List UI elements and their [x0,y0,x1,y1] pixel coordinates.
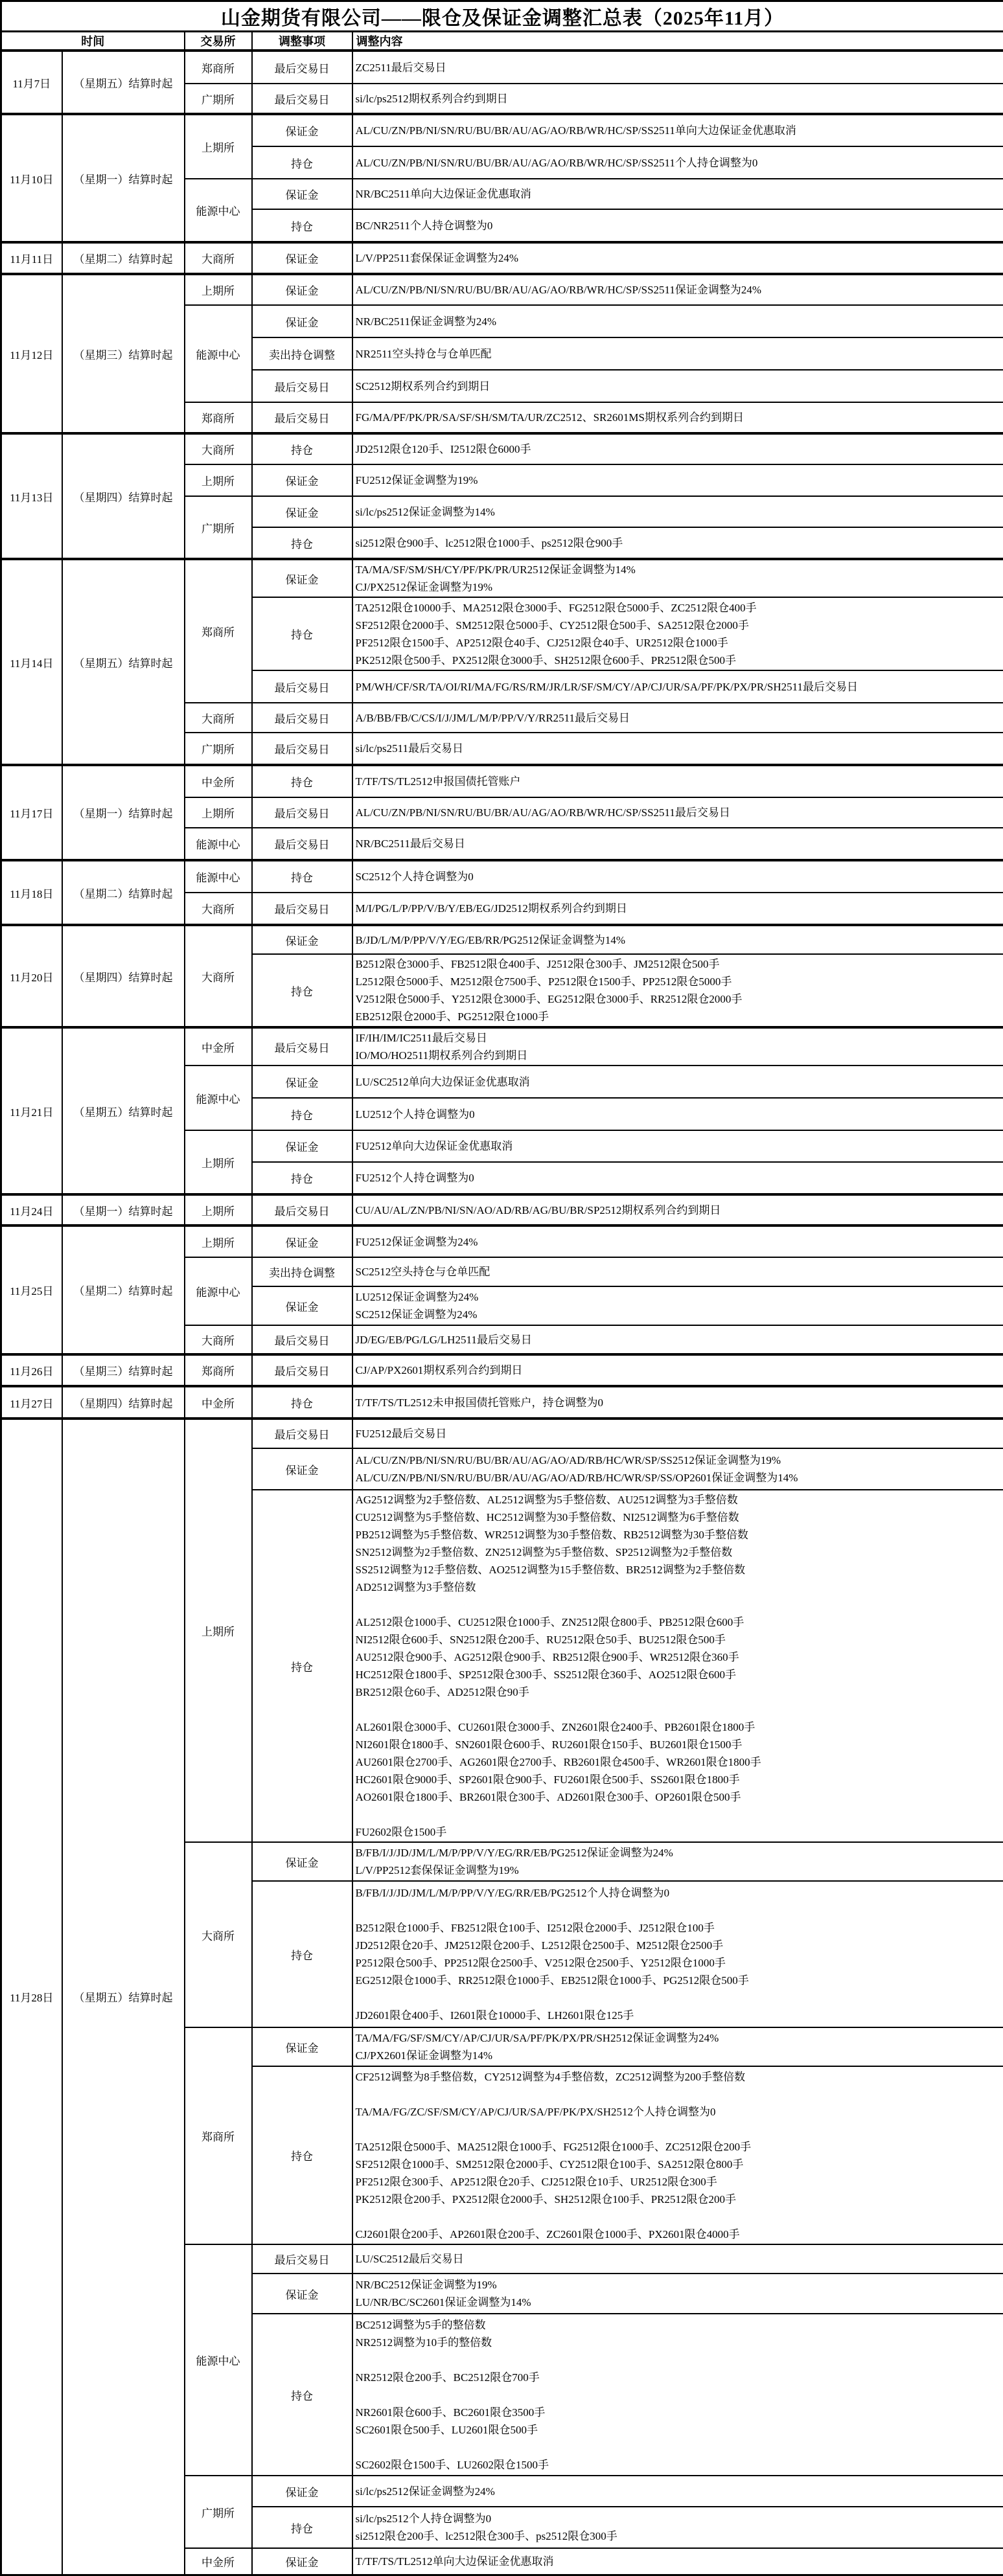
item-cell: 持仓 [252,765,352,797]
table-row: 11月27日（星期四）结算时起中金所持仓T/TF/TS/TL2512未申报国债托… [1,1386,1003,1419]
content-cell: SC2512期权系列合约到期日 [352,370,1003,402]
content-line: SS2512调整为12手整倍数、AO2512调整为15手整倍数、BR2512调整… [356,1561,1001,1579]
content-line: NR/BC2511最后交易日 [356,835,1001,852]
exchange-cell: 上期所 [185,1419,252,1842]
item-cell: 最后交易日 [252,402,352,433]
content-line: T/TF/TS/TL2512未申报国债托管账户，持仓调整为0 [356,1394,1001,1411]
date-cell: 11月7日 [1,51,62,114]
content-line: JD2601限仓400手、I2601限仓10000手、LH2601限仓125手 [356,2007,1001,2024]
exchange-cell: 广期所 [185,496,252,559]
item-cell: 持仓 [252,1386,352,1419]
content-line: si/lc/ps2511最后交易日 [356,740,1001,757]
content-line: L2512限仓5000手、M2512限仓7500手、P2512限仓1500手、P… [356,973,1001,990]
exchange-cell: 大商所 [185,242,252,274]
date-cell: 11月11日 [1,242,62,274]
content-line: AL/CU/ZN/PB/NI/SN/RU/BU/BR/AU/AG/AO/RB/W… [356,122,1001,139]
content-line: TA/MA/SF/SM/SH/CY/PF/PK/PR/UR2512保证金调整为1… [356,561,1001,578]
content-line [356,2121,1001,2138]
content-cell: si/lc/ps2512保证金调整为24% [352,2476,1003,2507]
item-cell: 持仓 [252,1881,352,2027]
weekday-cell: （星期二）结算时起 [62,860,185,925]
item-cell: 保证金 [252,2027,352,2066]
item-cell: 保证金 [252,2274,352,2314]
content-line: NR/BC2511单向大边保证金优惠取消 [356,185,1001,203]
content-line: SN2512调整为2手整倍数、ZN2512调整为5手整倍数、SP2512调整为2… [356,1544,1001,1561]
content-cell: B/FB/I/J/JD/JM/L/M/P/PP/V/Y/EG/RR/EB/PG2… [352,1842,1003,1881]
content-line: FU2512保证金调整为24% [356,1233,1001,1251]
content-line: si/lc/ps2512保证金调整为24% [356,2483,1001,2500]
content-cell: IF/IH/IM/IC2511最后交易日IO/MO/HO2511期权系列合约到期… [352,1027,1003,1066]
content-line: HC2512限仓1800手、SP2512限仓300手、SS2512限仓360手、… [356,1666,1001,1683]
exchange-cell: 能源中心 [185,305,252,402]
item-cell: 最后交易日 [252,84,352,114]
exchange-cell: 郑商所 [185,1354,252,1386]
exchange-cell: 郑商所 [185,2027,252,2244]
item-cell: 持仓 [252,146,352,179]
content-cell: AL/CU/ZN/PB/NI/SN/RU/BU/BR/AU/AG/AO/RB/W… [352,274,1003,305]
item-cell: 保证金 [252,2476,352,2507]
content-cell: FU2512最后交易日 [352,1419,1003,1448]
content-line: si/lc/ps2512保证金调整为14% [356,503,1001,521]
content-line [356,2086,1001,2103]
content-line: PF2512限仓1500手、AP2512限仓40手、CJ2512限仓40手、UR… [356,634,1001,652]
content-cell: LU2512保证金调整为24%SC2512保证金调整为24% [352,1286,1003,1325]
exchange-cell: 能源中心 [185,179,252,242]
content-line: TA2512限仓5000手、MA2512限仓1000手、FG2512限仓1000… [356,2138,1001,2156]
table-row: 11月18日（星期二）结算时起能源中心持仓SC2512个人持仓调整为0 [1,860,1003,893]
content-line: AL/CU/ZN/PB/NI/SN/RU/BU/BR/AU/AG/AO/AD/R… [356,1452,1001,1469]
item-cell: 保证金 [252,1225,352,1257]
date-cell: 11月17日 [1,765,62,860]
content-cell: T/TF/TS/TL2512单向大边保证金优惠取消 [352,2548,1003,2575]
exchange-cell: 中金所 [185,765,252,797]
content-line: IO/MO/HO2511期权系列合约到期日 [356,1047,1001,1064]
content-line: CU2512调整为5手整倍数、HC2512调整为30手整倍数、NI2512调整为… [356,1509,1001,1526]
content-cell: CU/AU/AL/ZN/PB/NI/SN/AO/AD/RB/AG/BU/BR/S… [352,1194,1003,1225]
content-cell: NR/BC2511保证金调整为24% [352,305,1003,337]
exchange-cell: 中金所 [185,1386,252,1419]
exchange-cell: 大商所 [185,893,252,925]
exchange-cell: 能源中心 [185,1066,252,1130]
item-cell: 持仓 [252,2066,352,2244]
item-cell: 保证金 [252,242,352,274]
weekday-cell: （星期五）结算时起 [62,559,185,765]
content-cell: LU/SC2512单向大边保证金优惠取消 [352,1066,1003,1098]
weekday-cell: （星期四）结算时起 [62,433,185,559]
content-line: NR/BC2512保证金调整为19% [356,2276,1001,2294]
content-cell: AL/CU/ZN/PB/NI/SN/RU/BU/BR/AU/AG/AO/RB/W… [352,114,1003,146]
content-cell: NR2511空头持仓与仓单匹配 [352,337,1003,370]
content-line: FU2512最后交易日 [356,1425,1001,1442]
date-cell: 11月20日 [1,925,62,1027]
content-line: FU2602限仓1500手 [356,1823,1001,1841]
table-row: 11月26日（星期三）结算时起郑商所最后交易日CJ/AP/PX2601期权系列合… [1,1354,1003,1386]
item-cell: 最后交易日 [252,2244,352,2274]
content-cell: SC2512空头持仓与仓单匹配 [352,1257,1003,1286]
content-line [356,1989,1001,2007]
weekday-cell: （星期一）结算时起 [62,1194,185,1225]
content-line: AD2512调整为3手整倍数 [356,1579,1001,1596]
exchange-cell: 中金所 [185,1027,252,1066]
content-line: TA/MA/FG/SF/SM/CY/AP/CJ/UR/SA/PF/PK/PX/P… [356,2029,1001,2047]
content-line: AL/CU/ZN/PB/NI/SN/RU/BU/BR/AU/AG/AO/RB/W… [356,281,1001,299]
content-cell: BC2512调整为5手的整倍数NR2512调整为10手的整倍数 NR2512限仓… [352,2314,1003,2476]
content-line: SF2512限仓2000手、SM2512限仓5000手、CY2512限仓500手… [356,617,1001,634]
weekday-cell: （星期一）结算时起 [62,114,185,242]
exchange-cell: 大商所 [185,925,252,1027]
exchange-cell: 上期所 [185,464,252,496]
content-cell: A/B/BB/FB/C/CS/I/J/JM/L/M/P/PP/V/Y/RR251… [352,703,1003,733]
content-line: SC2512空头持仓与仓单匹配 [356,1263,1001,1281]
content-line: NI2512限仓600手、SN2512限仓200手、RU2512限仓50手、BU… [356,1631,1001,1648]
content-cell: AL/CU/ZN/PB/NI/SN/RU/BU/BR/AU/AG/AO/AD/R… [352,1448,1003,1490]
content-line: AG2512调整为2手整倍数、AL2512调整为5手整倍数、AU2512调整为3… [356,1491,1001,1509]
content-cell: FG/MA/PF/PK/PR/SA/SF/SH/SM/TA/UR/ZC2512、… [352,402,1003,433]
content-line: AU2512限仓900手、AG2512限仓900手、RB2512限仓900手、W… [356,1648,1001,1666]
exchange-cell: 广期所 [185,733,252,765]
content-line: NR2601限仓600手、BC2601限仓3500手 [356,2404,1001,2421]
item-cell: 保证金 [252,114,352,146]
weekday-cell: （星期三）结算时起 [62,1354,185,1386]
content-line: T/TF/TS/TL2512单向大边保证金优惠取消 [356,2553,1001,2570]
exchange-cell: 上期所 [185,1194,252,1225]
content-cell: BC/NR2511个人持仓调整为0 [352,209,1003,242]
content-line: LU2512个人持仓调整为0 [356,1106,1001,1123]
content-line: PK2512限仓200手、PX2512限仓2000手、SH2512限仓100手、… [356,2191,1001,2208]
content-cell: NR/BC2511最后交易日 [352,828,1003,860]
content-cell: T/TF/TS/TL2512申报国债托管账户 [352,765,1003,797]
item-cell: 最后交易日 [252,51,352,84]
content-line: PK2512限仓500手、PX2512限仓3000手、SH2512限仓600手、… [356,652,1001,669]
item-cell: 持仓 [252,597,352,670]
content-line: CF2512调整为8手整倍数，CY2512调整为4手整倍数，ZC2512调整为2… [356,2068,1001,2086]
table-row: 11月28日（星期五）结算时起上期所最后交易日FU2512最后交易日 [1,1419,1003,1448]
content-cell: M/I/PG/L/P/PP/V/B/Y/EB/EG/JD2512期权系列合约到期… [352,893,1003,925]
content-line: AL/CU/ZN/PB/NI/SN/RU/BU/BR/AU/AG/AO/RB/W… [356,154,1001,172]
content-line: LU/SC2512单向大边保证金优惠取消 [356,1073,1001,1091]
item-cell: 最后交易日 [252,370,352,402]
content-line: SC2602限仓1500手、LU2602限仓1500手 [356,2456,1001,2474]
content-cell: L/V/PP2511套保保证金调整为24% [352,242,1003,274]
content-line: B/FB/I/J/JD/JM/L/M/P/PP/V/Y/EG/RR/EB/PG2… [356,1884,1001,1902]
content-cell: FU2512单向大边保证金优惠取消 [352,1130,1003,1162]
content-line: NR2511空头持仓与仓单匹配 [356,345,1001,363]
item-cell: 持仓 [252,1098,352,1130]
content-line: EB2512限仓2000手、PG2512限仓1000手 [356,1008,1001,1025]
item-cell: 保证金 [252,179,352,209]
content-line: P2512限仓500手、PP2512限仓2500手、V2512限仓2500手、Y… [356,1954,1001,1972]
item-cell: 最后交易日 [252,1194,352,1225]
content-cell: JD/EG/EB/PG/LG/LH2511最后交易日 [352,1325,1003,1354]
item-cell: 保证金 [252,559,352,597]
item-cell: 持仓 [252,860,352,893]
content-cell: NR/BC2511单向大边保证金优惠取消 [352,179,1003,209]
content-line: AO2601限仓1800手、BR2601限仓300手、AD2601限仓300手、… [356,1788,1001,1806]
item-cell: 最后交易日 [252,703,352,733]
date-cell: 11月21日 [1,1027,62,1194]
weekday-cell: （星期一）结算时起 [62,765,185,860]
content-cell: FU2512保证金调整为19% [352,464,1003,496]
weekday-cell: （星期五）结算时起 [62,51,185,114]
content-line: ZC2511最后交易日 [356,59,1001,76]
content-cell: B/FB/I/J/JD/JM/L/M/P/PP/V/Y/EG/RR/EB/PG2… [352,1881,1003,2027]
content-line: CJ2601限仓200手、AP2601限仓200手、ZC2601限仓1000手、… [356,2226,1001,2243]
item-cell: 持仓 [252,433,352,464]
exchange-cell: 能源中心 [185,860,252,893]
content-cell: AL/CU/ZN/PB/NI/SN/RU/BU/BR/AU/AG/AO/RB/W… [352,146,1003,179]
date-cell: 11月24日 [1,1194,62,1225]
content-line: V2512限仓5000手、Y2512限仓3000手、EG2512限仓3000手、… [356,990,1001,1008]
date-cell: 11月12日 [1,274,62,433]
exchange-cell: 上期所 [185,114,252,179]
table-row: 11月12日（星期三）结算时起上期所保证金AL/CU/ZN/PB/NI/SN/R… [1,274,1003,305]
date-cell: 11月18日 [1,860,62,925]
content-cell: TA2512限仓10000手、MA2512限仓3000手、FG2512限仓500… [352,597,1003,670]
content-line: si2512限仓200手、lc2512限仓300手、ps2512限仓300手 [356,2527,1001,2545]
date-cell: 11月28日 [1,1419,62,2575]
content-line: PM/WH/CF/SR/TA/OI/RI/MA/FG/RS/RM/JR/LR/S… [356,678,1001,696]
content-line: T/TF/TS/TL2512申报国债托管账户 [356,773,1001,790]
content-line [356,1806,1001,1823]
summary-table: 山金期货有限公司——限仓及保证金调整汇总表（2025年11月） 时间 交易所 调… [0,0,1003,2576]
content-line: BC/NR2511个人持仓调整为0 [356,217,1001,234]
exchange-cell: 大商所 [185,1325,252,1354]
table-row: 11月10日（星期一）结算时起上期所保证金AL/CU/ZN/PB/NI/SN/R… [1,114,1003,146]
content-cell: si/lc/ps2512个人持仓调整为0si2512限仓200手、lc2512限… [352,2507,1003,2548]
content-line: AL2601限仓3000手、CU2601限仓3000手、ZN2601限仓2400… [356,1718,1001,1736]
item-cell: 保证金 [252,496,352,527]
table-row: 11月7日（星期五）结算时起郑商所最后交易日ZC2511最后交易日 [1,51,1003,84]
content-cell: si2512限仓900手、lc2512限仓1000手、ps2512限仓900手 [352,527,1003,559]
content-line: EG2512限仓1000手、RR2512限仓1000手、EB2512限仓1000… [356,1972,1001,1989]
date-cell: 11月14日 [1,559,62,765]
content-line: BC2512调整为5手的整倍数 [356,2316,1001,2334]
exchange-cell: 广期所 [185,84,252,114]
content-line [356,1902,1001,1919]
item-cell: 保证金 [252,1066,352,1098]
content-line: LU/SC2512最后交易日 [356,2250,1001,2268]
content-line: FU2512个人持仓调整为0 [356,1169,1001,1187]
content-line: NR2512限仓200手、BC2512限仓700手 [356,2369,1001,2386]
exchange-cell: 大商所 [185,1842,252,2027]
content-line: AL2512限仓1000手、CU2512限仓1000手、ZN2512限仓800手… [356,1613,1001,1631]
item-cell: 保证金 [252,1842,352,1881]
content-line: si/lc/ps2512期权系列合约到期日 [356,90,1001,108]
content-cell: NR/BC2512保证金调整为19%LU/NR/BC/SC2601保证金调整为1… [352,2274,1003,2314]
exchange-cell: 郑商所 [185,402,252,433]
content-cell: AL/CU/ZN/PB/NI/SN/RU/BU/BR/AU/AG/AO/RB/W… [352,797,1003,828]
content-cell: si/lc/ps2511最后交易日 [352,733,1003,765]
item-cell: 保证金 [252,464,352,496]
content-line: L/V/PP2511套保保证金调整为24% [356,249,1001,267]
content-line: CJ/AP/PX2601期权系列合约到期日 [356,1362,1001,1379]
table-body: 11月7日（星期五）结算时起郑商所最后交易日ZC2511最后交易日广期所最后交易… [1,51,1003,2575]
item-cell: 最后交易日 [252,893,352,925]
content-line: CJ/PX2601保证金调整为14% [356,2047,1001,2064]
item-cell: 最后交易日 [252,733,352,765]
content-cell: T/TF/TS/TL2512未申报国债托管账户，持仓调整为0 [352,1386,1003,1419]
weekday-cell: （星期四）结算时起 [62,1386,185,1419]
table-row: 11月17日（星期一）结算时起中金所持仓T/TF/TS/TL2512申报国债托管… [1,765,1003,797]
item-cell: 卖出持仓调整 [252,337,352,370]
weekday-cell: （星期二）结算时起 [62,242,185,274]
content-line: si/lc/ps2512个人持仓调整为0 [356,2510,1001,2527]
content-cell: B2512限仓3000手、FB2512限仓400手、J2512限仓300手、JM… [352,954,1003,1027]
item-cell: 最后交易日 [252,1027,352,1066]
date-cell: 11月26日 [1,1354,62,1386]
exchange-cell: 能源中心 [185,828,252,860]
content-cell: CJ/AP/PX2601期权系列合约到期日 [352,1354,1003,1386]
content-line: LU2512保证金调整为24% [356,1288,1001,1306]
exchange-cell: 上期所 [185,1130,252,1194]
content-line: B2512限仓3000手、FB2512限仓400手、J2512限仓300手、JM… [356,955,1001,973]
item-cell: 持仓 [252,2314,352,2476]
content-cell: FU2512保证金调整为24% [352,1225,1003,1257]
content-line: JD2512限仓20手、JM2512限仓200手、L2512限仓2500手、M2… [356,1937,1001,1954]
content-line: NR2512调整为10手的整倍数 [356,2334,1001,2351]
content-line: FU2512保证金调整为19% [356,472,1001,489]
table-row: 11月21日（星期五）结算时起中金所最后交易日IF/IH/IM/IC2511最后… [1,1027,1003,1066]
content-line: SC2512个人持仓调整为0 [356,868,1001,885]
content-line [356,2386,1001,2404]
content-line: M/I/PG/L/P/PP/V/B/Y/EB/EG/JD2512期权系列合约到期… [356,900,1001,917]
content-cell: LU/SC2512最后交易日 [352,2244,1003,2274]
content-cell: ZC2511最后交易日 [352,51,1003,84]
content-line: FU2512单向大边保证金优惠取消 [356,1137,1001,1155]
item-cell: 保证金 [252,2548,352,2575]
col-header-content: 调整内容 [352,32,1003,51]
col-header-item: 调整事项 [252,32,352,51]
table-row: 11月11日（星期二）结算时起大商所保证金L/V/PP2511套保保证金调整为2… [1,242,1003,274]
content-line: TA2512限仓10000手、MA2512限仓3000手、FG2512限仓500… [356,599,1001,617]
content-line: JD/EG/EB/PG/LG/LH2511最后交易日 [356,1331,1001,1349]
content-line: AL/CU/ZN/PB/NI/SN/RU/BU/BR/AU/AG/AO/RB/W… [356,804,1001,821]
table-row: 11月20日（星期四）结算时起大商所保证金B/JD/L/M/P/PP/V/Y/E… [1,925,1003,954]
content-line: NR/BC2511保证金调整为24% [356,313,1001,330]
table-row: 11月14日（星期五）结算时起郑商所保证金TA/MA/SF/SM/SH/CY/P… [1,559,1003,597]
content-cell: SC2512个人持仓调整为0 [352,860,1003,893]
content-line: si2512限仓900手、lc2512限仓1000手、ps2512限仓900手 [356,534,1001,552]
content-line: NI2601限仓1800手、SN2601限仓600手、RU2601限仓150手、… [356,1736,1001,1753]
item-cell: 保证金 [252,925,352,954]
item-cell: 持仓 [252,1490,352,1842]
content-line: HC2601限仓9000手、SP2601限仓900手、FU2601限仓500手、… [356,1771,1001,1788]
item-cell: 最后交易日 [252,670,352,703]
exchange-cell: 上期所 [185,797,252,828]
exchange-cell: 上期所 [185,274,252,305]
content-cell: JD2512限仓120手、I2512限仓6000手 [352,433,1003,464]
item-cell: 保证金 [252,1448,352,1490]
item-cell: 保证金 [252,274,352,305]
content-cell: FU2512个人持仓调整为0 [352,1162,1003,1194]
item-cell: 保证金 [252,1130,352,1162]
item-cell: 卖出持仓调整 [252,1257,352,1286]
exchange-cell: 郑商所 [185,559,252,703]
content-line: LU/NR/BC/SC2601保证金调整为14% [356,2294,1001,2311]
exchange-cell: 能源中心 [185,1257,252,1325]
content-line [356,1596,1001,1613]
content-line: CJ/PX2512保证金调整为19% [356,578,1001,596]
content-line: PF2512限仓300手、AP2512限仓20手、CJ2512限仓10手、UR2… [356,2173,1001,2191]
content-line: CU/AU/AL/ZN/PB/NI/SN/AO/AD/RB/AG/BU/BR/S… [356,1202,1001,1219]
date-cell: 11月10日 [1,114,62,242]
content-line: BR2512限仓60手、AD2512限仓90手 [356,1683,1001,1701]
content-line: IF/IH/IM/IC2511最后交易日 [356,1029,1001,1047]
content-line: SC2601限仓500手、LU2601限仓500手 [356,2421,1001,2439]
content-cell: PM/WH/CF/SR/TA/OI/RI/MA/FG/RS/RM/JR/LR/S… [352,670,1003,703]
content-line: TA/MA/FG/ZC/SF/SM/CY/AP/CJ/UR/SA/PF/PK/P… [356,2103,1001,2121]
content-line: B/FB/I/J/JD/JM/L/M/P/PP/V/Y/EG/RR/EB/PG2… [356,1844,1001,1862]
content-line: L/V/PP2512套保保证金调整为19% [356,1862,1001,1879]
date-cell: 11月27日 [1,1386,62,1419]
item-cell: 持仓 [252,954,352,1027]
content-line [356,2439,1001,2456]
content-line: AL/CU/ZN/PB/NI/SN/RU/BU/BR/AU/AG/AO/AD/R… [356,1469,1001,1487]
item-cell: 保证金 [252,1286,352,1325]
item-cell: 持仓 [252,209,352,242]
date-cell: 11月13日 [1,433,62,559]
item-cell: 持仓 [252,527,352,559]
exchange-cell: 中金所 [185,2548,252,2575]
weekday-cell: （星期五）结算时起 [62,1419,185,2575]
content-line: PB2512调整为5手整倍数、WR2512调整为30手整倍数、RB2512调整为… [356,1526,1001,1544]
content-line: SF2512限仓1000手、SM2512限仓2000手、CY2512限仓100手… [356,2156,1001,2173]
content-line: B/JD/L/M/P/PP/V/Y/EG/EB/RR/PG2512保证金调整为1… [356,931,1001,949]
content-cell: CF2512调整为8手整倍数，CY2512调整为4手整倍数，ZC2512调整为2… [352,2066,1003,2244]
content-cell: LU2512个人持仓调整为0 [352,1098,1003,1130]
content-line: JD2512限仓120手、I2512限仓6000手 [356,440,1001,458]
exchange-cell: 广期所 [185,2476,252,2548]
item-cell: 持仓 [252,2507,352,2548]
item-cell: 最后交易日 [252,828,352,860]
exchange-cell: 大商所 [185,433,252,464]
content-line: A/B/BB/FB/C/CS/I/J/JM/L/M/P/PP/V/Y/RR251… [356,709,1001,727]
content-line: SC2512保证金调整为24% [356,1306,1001,1323]
table-row: 11月25日（星期二）结算时起上期所保证金FU2512保证金调整为24% [1,1225,1003,1257]
item-cell: 持仓 [252,1162,352,1194]
weekday-cell: （星期四）结算时起 [62,925,185,1027]
page-title: 山金期货有限公司——限仓及保证金调整汇总表（2025年11月） [1,1,1003,32]
content-line: FG/MA/PF/PK/PR/SA/SF/SH/SM/TA/UR/ZC2512、… [356,409,1001,426]
exchange-cell: 郑商所 [185,51,252,84]
content-cell: TA/MA/FG/SF/SM/CY/AP/CJ/UR/SA/PF/PK/PX/P… [352,2027,1003,2066]
item-cell: 最后交易日 [252,797,352,828]
item-cell: 保证金 [252,305,352,337]
weekday-cell: （星期二）结算时起 [62,1225,185,1354]
table-row: 11月13日（星期四）结算时起大商所持仓JD2512限仓120手、I2512限仓… [1,433,1003,464]
content-cell: B/JD/L/M/P/PP/V/Y/EG/EB/RR/PG2512保证金调整为1… [352,925,1003,954]
content-line: SC2512期权系列合约到期日 [356,378,1001,395]
item-cell: 最后交易日 [252,1354,352,1386]
weekday-cell: （星期三）结算时起 [62,274,185,433]
content-line: AU2601限仓2700手、AG2601限仓2700手、RB2601限仓4500… [356,1753,1001,1771]
date-cell: 11月25日 [1,1225,62,1354]
exchange-cell: 能源中心 [185,2244,252,2476]
content-line [356,1701,1001,1718]
content-line: B2512限仓1000手、FB2512限仓100手、I2512限仓2000手、J… [356,1919,1001,1937]
exchange-cell: 大商所 [185,703,252,733]
col-header-exchange: 交易所 [185,32,252,51]
item-cell: 最后交易日 [252,1419,352,1448]
content-line [356,2208,1001,2226]
content-cell: TA/MA/SF/SM/SH/CY/PF/PK/PR/UR2512保证金调整为1… [352,559,1003,597]
content-line [356,2351,1001,2369]
table-row: 11月24日（星期一）结算时起上期所最后交易日CU/AU/AL/ZN/PB/NI… [1,1194,1003,1225]
item-cell: 最后交易日 [252,1325,352,1354]
content-cell: si/lc/ps2512保证金调整为14% [352,496,1003,527]
content-cell: AG2512调整为2手整倍数、AL2512调整为5手整倍数、AU2512调整为3… [352,1490,1003,1842]
col-header-time: 时间 [1,32,185,51]
